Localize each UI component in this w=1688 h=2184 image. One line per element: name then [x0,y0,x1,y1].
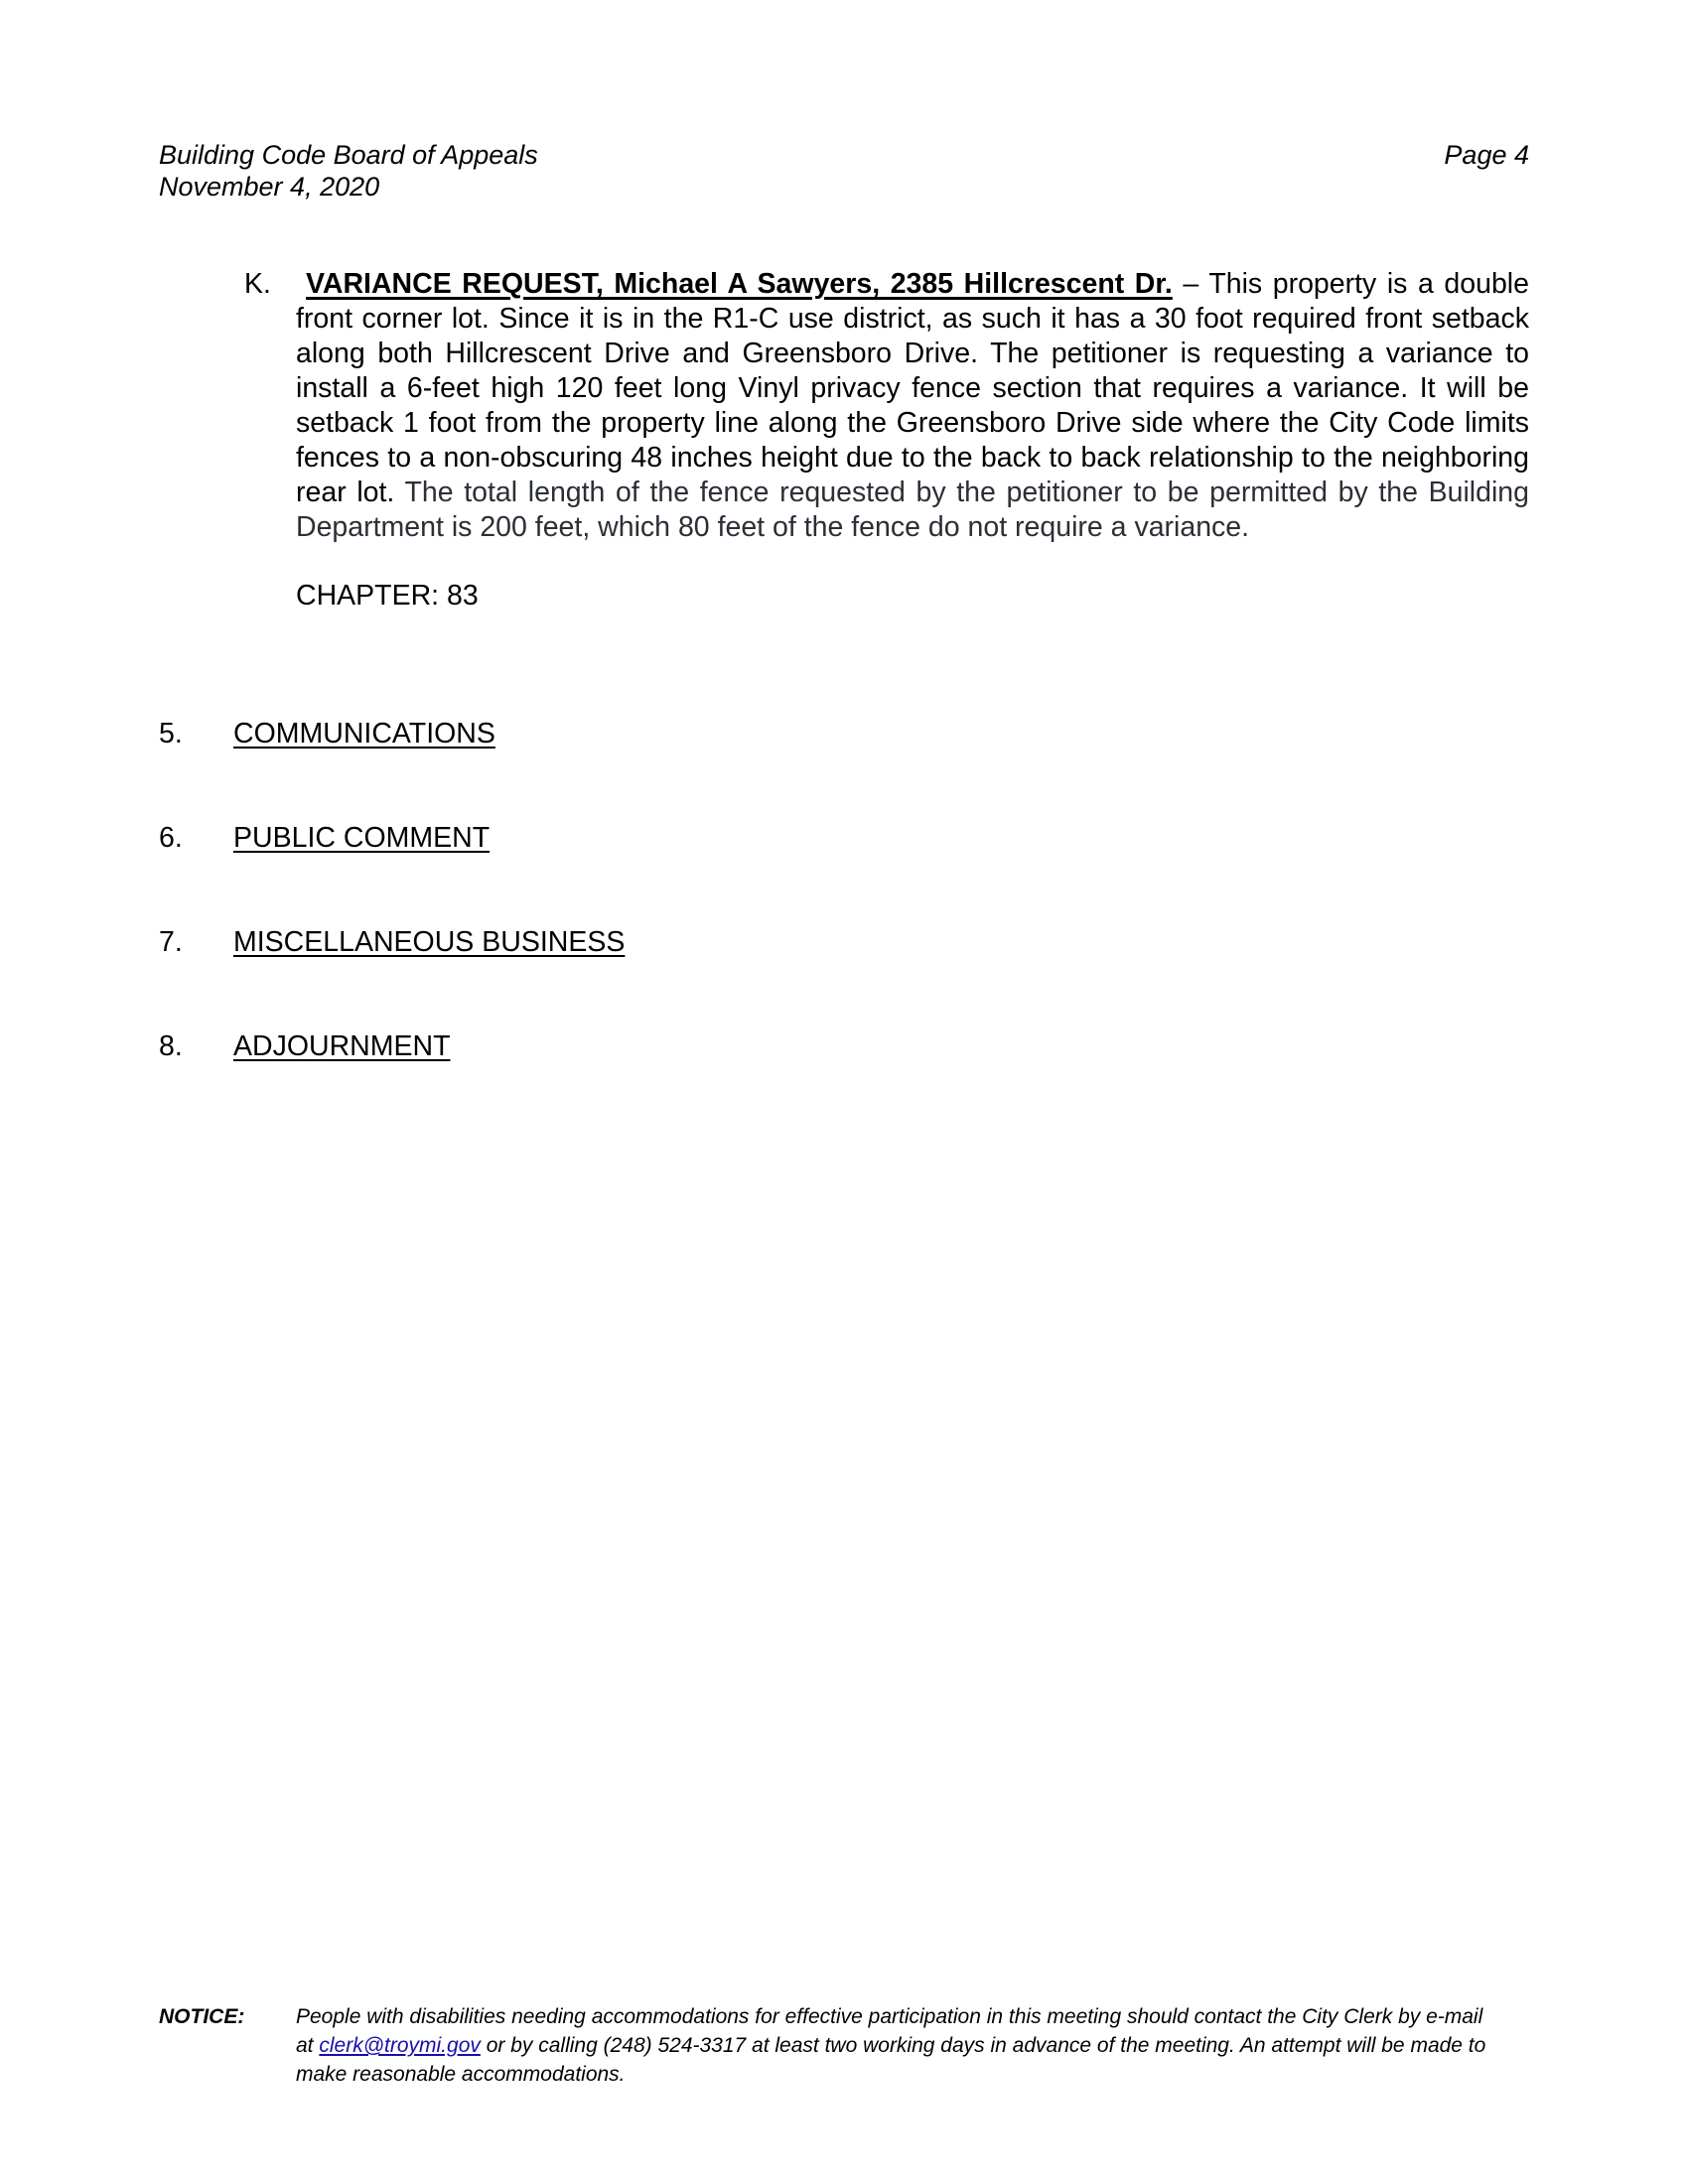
agenda-number: 7. [159,925,233,1029]
chapter-reference: CHAPTER: 83 [296,579,1529,614]
agenda-item-public-comment: 6. PUBLIC COMMENT [159,821,625,925]
page-number: Page 4 [1444,139,1529,171]
variance-request-title: VARIANCE REQUEST, Michael A Sawyers, 238… [306,268,1173,300]
agenda-item-adjournment: 8. ADJOURNMENT [159,1029,625,1134]
agenda-list: 5. COMMUNICATIONS 6. PUBLIC COMMENT 7. M… [159,717,625,1134]
meeting-date: November 4, 2020 [159,171,538,203]
clerk-email-link[interactable]: clerk@troymi.gov [319,2034,481,2057]
notice-text: People with disabilities needing accommo… [296,2002,1489,2089]
variance-request-paragraph: VARIANCE REQUEST, Michael A Sawyers, 238… [296,267,1529,545]
item-letter: K. [244,267,271,302]
notice-label: NOTICE: [159,2002,244,2031]
accessibility-notice: NOTICE: People with disabilities needing… [159,2002,1489,2089]
agenda-item-communications: 5. COMMUNICATIONS [159,717,625,821]
agenda-label: ADJOURNMENT [233,1029,451,1134]
agenda-number: 6. [159,821,233,925]
agenda-item-miscellaneous-business: 7. MISCELLANEOUS BUSINESS [159,925,625,1029]
board-name: Building Code Board of Appeals [159,139,538,171]
variance-body-extra: The total length of the fence requested … [296,477,1529,543]
variance-body: This property is a double front corner l… [296,268,1529,508]
agenda-item-k: K. VARIANCE REQUEST, Michael A Sawyers, … [244,267,1529,614]
agenda-label: MISCELLANEOUS BUSINESS [233,925,625,1029]
agenda-label: COMMUNICATIONS [233,717,495,821]
agenda-number: 8. [159,1029,233,1134]
agenda-number: 5. [159,717,233,821]
title-dash: – [1173,268,1208,300]
agenda-label: PUBLIC COMMENT [233,821,490,925]
document-header: Building Code Board of Appeals November … [159,139,538,203]
